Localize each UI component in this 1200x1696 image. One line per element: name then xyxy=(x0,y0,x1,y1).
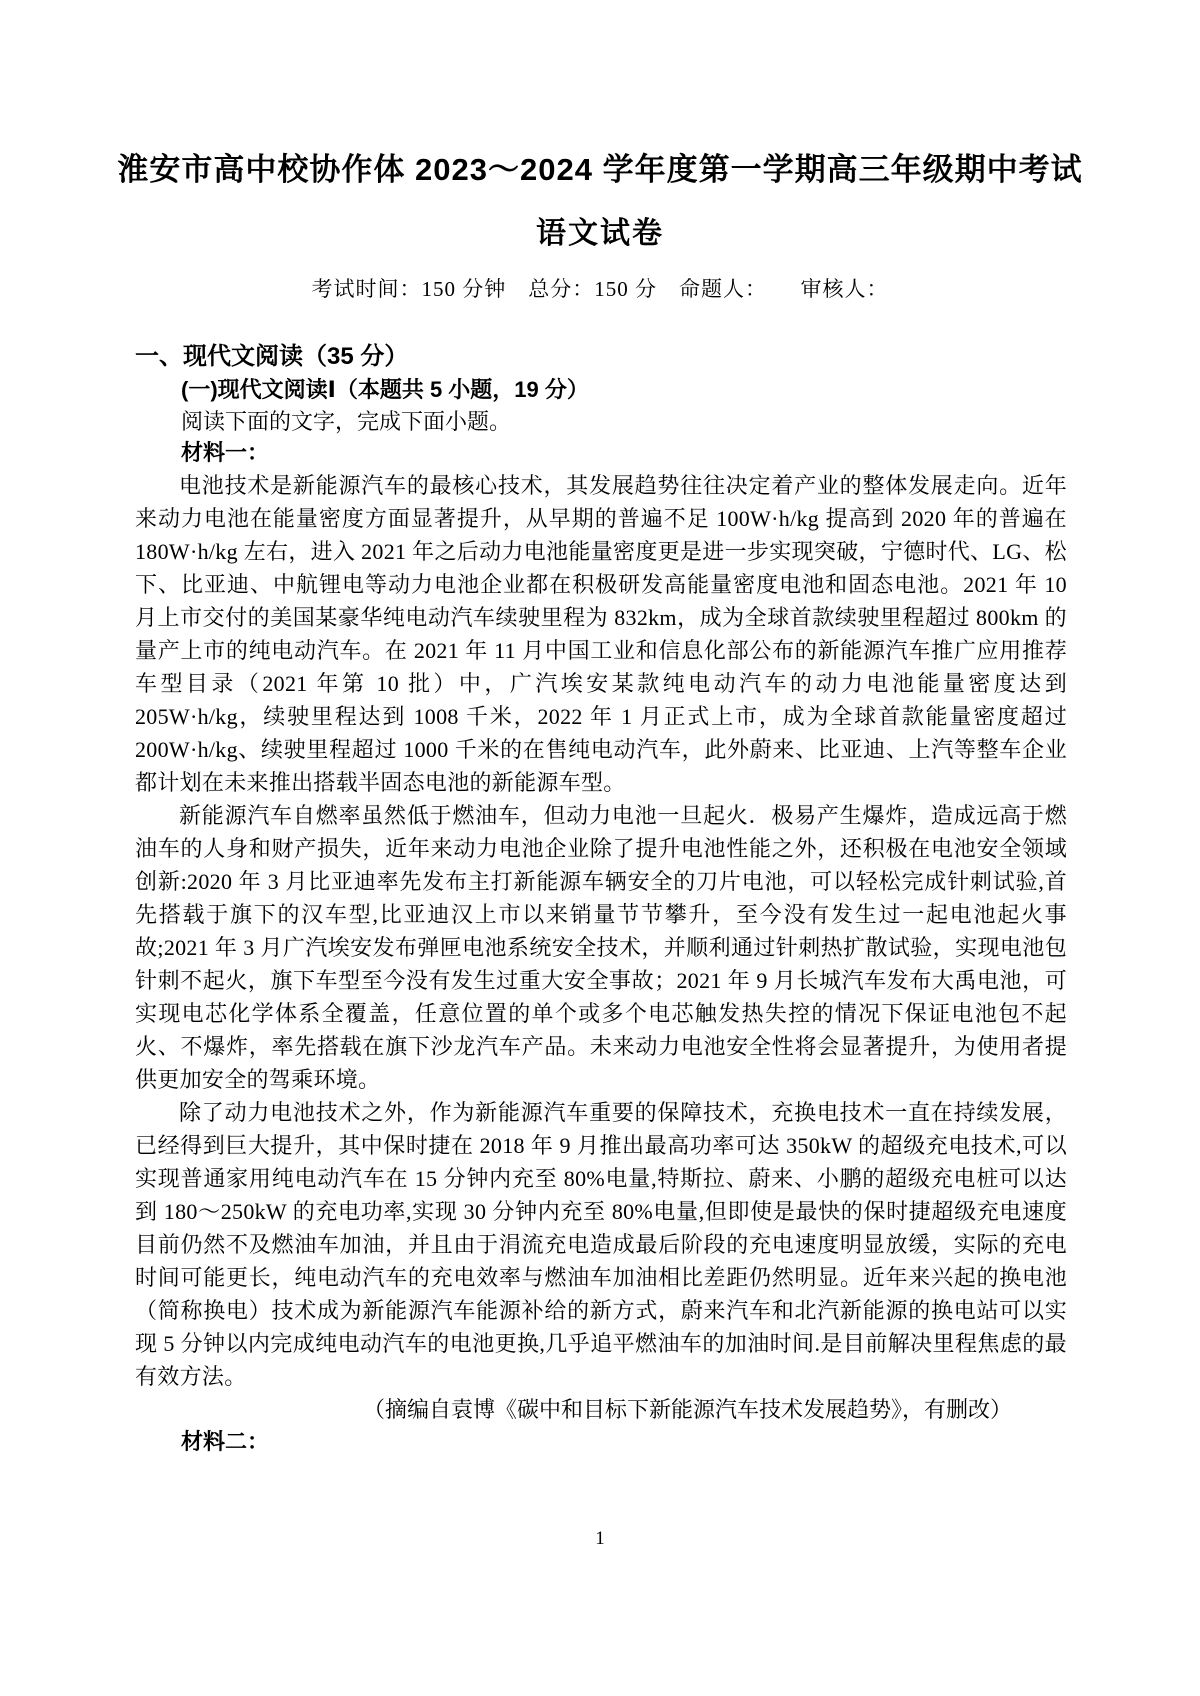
material-one-label: 材料一： xyxy=(181,437,1067,469)
material-one-paragraph-1: 电池技术是新能源汽车的最核心技术，其发展趋势往往决定着产业的整体发展走向。近年来… xyxy=(135,469,1067,799)
exam-info-line: 考试时间：150 分钟 总分：150 分 命题人： 审核人： xyxy=(0,276,1200,302)
paper-header: 淮安市高中校协作体 2023～2024 学年度第一学期高三年级期中考试 语文试卷… xyxy=(0,0,1200,302)
paper-body: 一、现代文阅读（35 分） (一)现代文阅读Ⅰ（本题共 5 小题，19 分） 阅… xyxy=(135,340,1067,1458)
material-one-paragraph-3: 除了动力电池技术之外，作为新能源汽车重要的保障技术，充换电技术一直在持续发展，已… xyxy=(135,1096,1067,1393)
exam-paper-page: 淮安市高中校协作体 2023～2024 学年度第一学期高三年级期中考试 语文试卷… xyxy=(0,0,1200,1696)
part-one-heading: (一)现代文阅读Ⅰ（本题共 5 小题，19 分） xyxy=(181,374,1067,406)
section-one-heading: 一、现代文阅读（35 分） xyxy=(135,340,1067,374)
material-two-label: 材料二： xyxy=(181,1426,1067,1458)
paper-title: 淮安市高中校协作体 2023～2024 学年度第一学期高三年级期中考试 xyxy=(0,150,1200,190)
page-number: 1 xyxy=(0,1528,1200,1550)
material-one-paragraph-2: 新能源汽车自燃率虽然低于燃油车，但动力电池一旦起火．极易产生爆炸，造成远高于燃油… xyxy=(135,799,1067,1096)
paper-subtitle: 语文试卷 xyxy=(0,216,1200,252)
material-one-attribution: （摘编自袁博《碳中和目标下新能源汽车技术发展趋势》，有删改） xyxy=(135,1393,1067,1426)
reading-instruction: 阅读下面的文字，完成下面小题。 xyxy=(181,406,1067,437)
